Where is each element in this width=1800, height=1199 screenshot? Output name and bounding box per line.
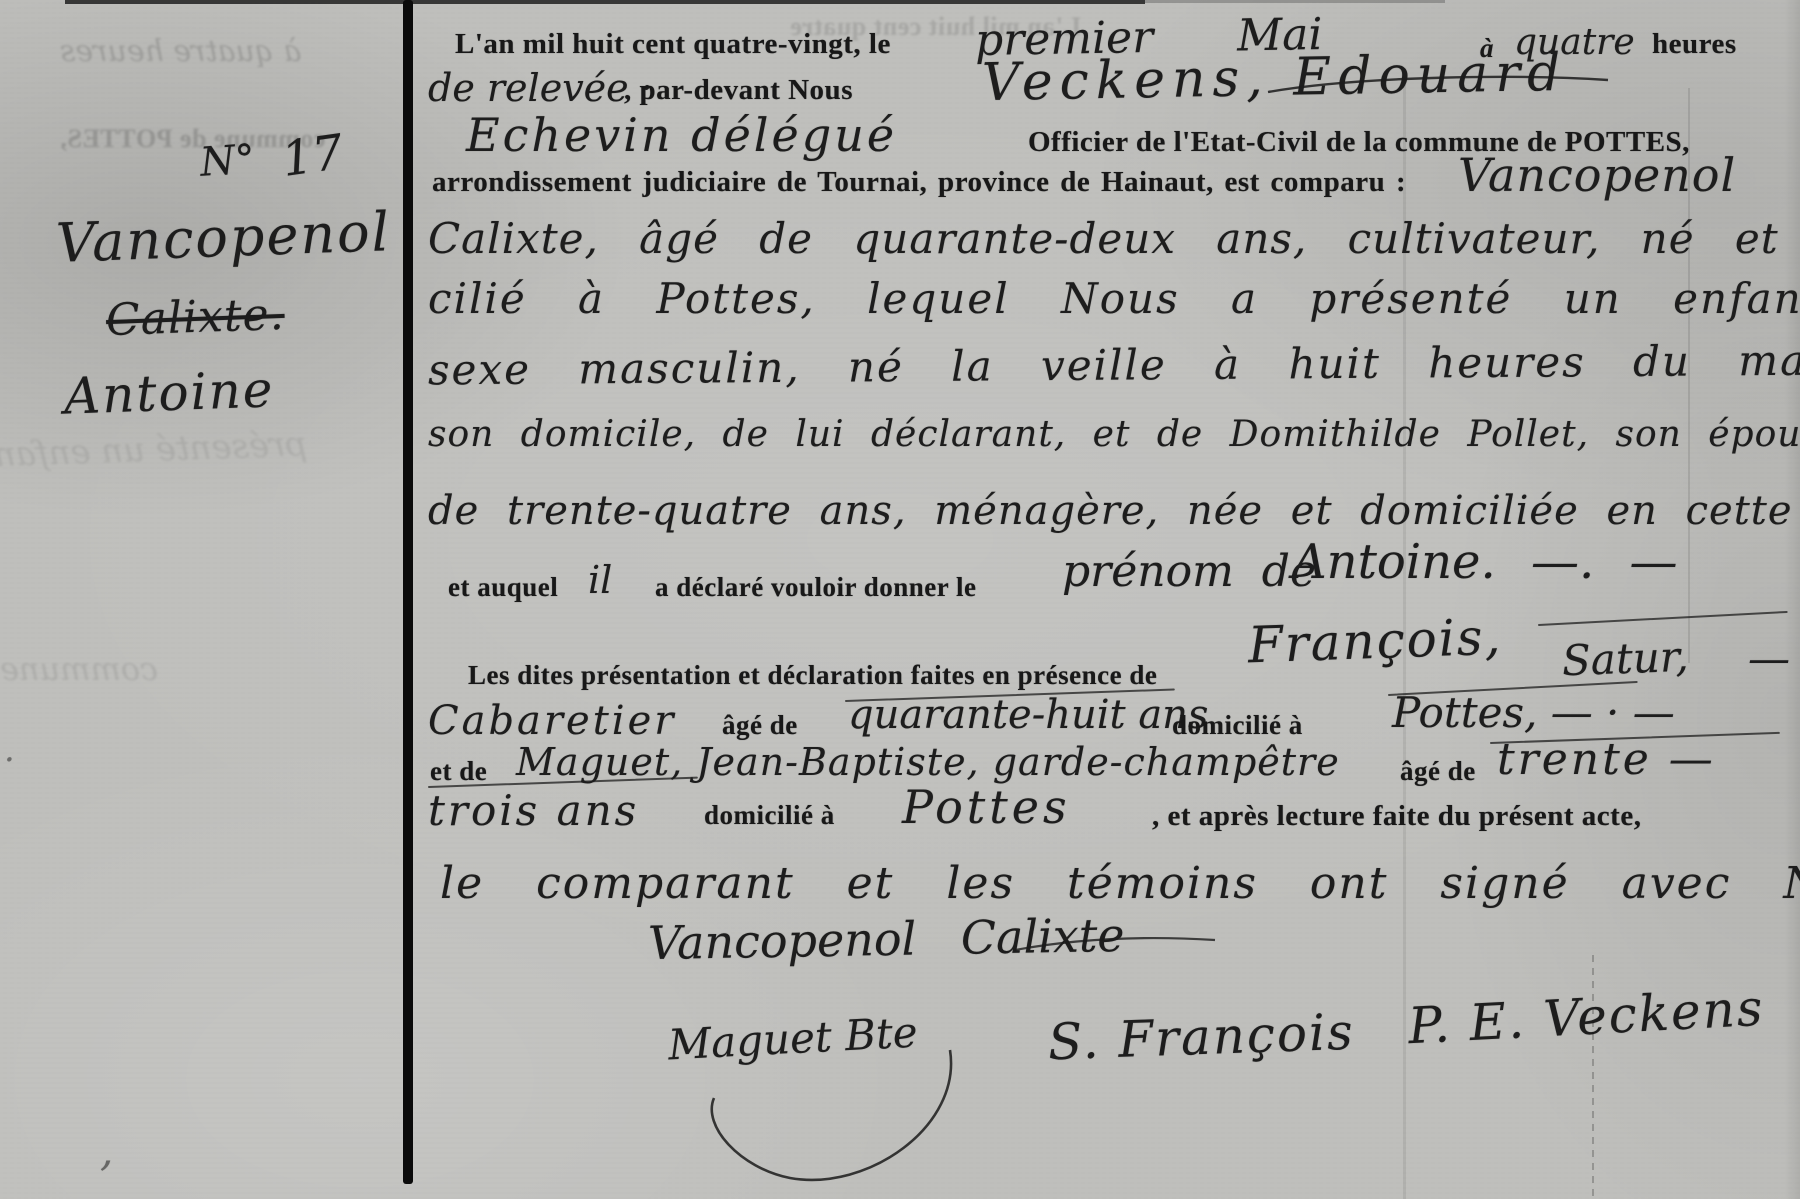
line13-printed-a: et de — [430, 756, 487, 787]
line1-heures-printed: heures — [1652, 28, 1737, 61]
line13-witness2-name-handwritten: Maguet, Jean-Baptiste, garde-champêtre — [516, 740, 1340, 784]
bleedthrough-left-mid: présenté un enfant — [0, 424, 308, 475]
line5-handwritten: Calixte, âgé de quarante-deux ans, culti… — [428, 214, 1800, 263]
line3-title-handwritten: Echevin délégué — [466, 108, 897, 162]
bleedthrough-top-left: à quatre heures — [60, 34, 301, 69]
line2-releve-handwritten: de relevée · — [428, 66, 653, 110]
line14-printed-b: , et après lecture faite du présent acte… — [1152, 800, 1641, 833]
civil-record-scan: à quatre heures L'an mil huit cent quatr… — [0, 0, 1800, 1199]
line10-printed-b: a déclaré vouloir donner le — [655, 572, 976, 603]
flourish-over-satur — [1538, 611, 1788, 626]
line8-handwritten: son domicile, de lui déclarant, et de Do… — [428, 414, 1800, 455]
line4-name-handwritten: Vancopenol — [1458, 148, 1736, 202]
act-number: 17 — [278, 124, 346, 188]
margin-surname: Vancopenol — [55, 200, 392, 275]
line12-occupation-handwritten: Cabaretier — [428, 698, 676, 744]
line14-place-handwritten: Pottes — [902, 780, 1071, 834]
line10-printed-a: et auquel — [448, 572, 558, 603]
line1-printed: L'an mil huit cent quatre-vingt, le — [455, 28, 891, 61]
line4-printed: arrondissement judiciaire de Tournai, pr… — [432, 166, 1406, 199]
line12-printed-a: âgé de — [722, 710, 798, 741]
officer-signature: P. E. Veckens — [1407, 979, 1766, 1056]
line14-age2-handwritten: trois ans — [428, 786, 639, 835]
margin-struck-name: Calixte. — [105, 289, 285, 346]
line11-printed: Les dites présentation et déclaration fa… — [468, 660, 1157, 691]
line11-witness-name2-handwritten: Satur, — [1561, 632, 1689, 685]
stray-ink-comma: , — [100, 1126, 113, 1175]
right-edge-shadow — [1784, 0, 1800, 1199]
act-number-label: N° — [198, 136, 256, 186]
line2-printed: , par-devant Nous — [624, 74, 853, 107]
margin-child-name: Antoine — [63, 360, 275, 425]
line7-handwritten: sexe masculin, né la veille à huit heure… — [428, 335, 1800, 395]
stray-ink-dot: · — [4, 740, 15, 780]
line15-handwritten: le comparant et les témoins ont signé av… — [440, 858, 1800, 909]
line12-printed-b: domicilié à — [1172, 710, 1303, 741]
margin-rule — [403, 0, 413, 1184]
bleedthrough-left-low: commune — [0, 650, 158, 688]
line11-dash-handwritten: — — [1748, 634, 1790, 683]
witness1-signature: Maguet Bte — [667, 1008, 919, 1070]
line9-handwritten: de trente-quatre ans, ménagère, née et d… — [428, 488, 1800, 534]
top-edge-smudge — [65, 0, 1145, 4]
line11-witness-name-handwritten: François, — [1247, 608, 1503, 675]
line14-printed-a: domicilié à — [704, 800, 835, 831]
witness2-signature: S. François — [1047, 1003, 1355, 1072]
line2-officer-name-handwritten: Veckens, Edouard — [982, 43, 1568, 113]
line13-printed-b: âgé de — [1400, 756, 1476, 787]
line10-prenom-handwritten: prénom de — [1062, 546, 1316, 597]
declarant-signature: Vancopenol Calixte — [648, 908, 1125, 970]
line10-childname-handwritten: Antoine. —. — — [1292, 534, 1677, 590]
top-edge-smudge-faint — [1145, 0, 1445, 3]
line10-il-handwritten: il — [588, 558, 612, 602]
line12-place-handwritten: Pottes, — · — — [1392, 688, 1675, 737]
line6-handwritten: cilié à Pottes, lequel Nous a présenté u… — [428, 274, 1800, 323]
